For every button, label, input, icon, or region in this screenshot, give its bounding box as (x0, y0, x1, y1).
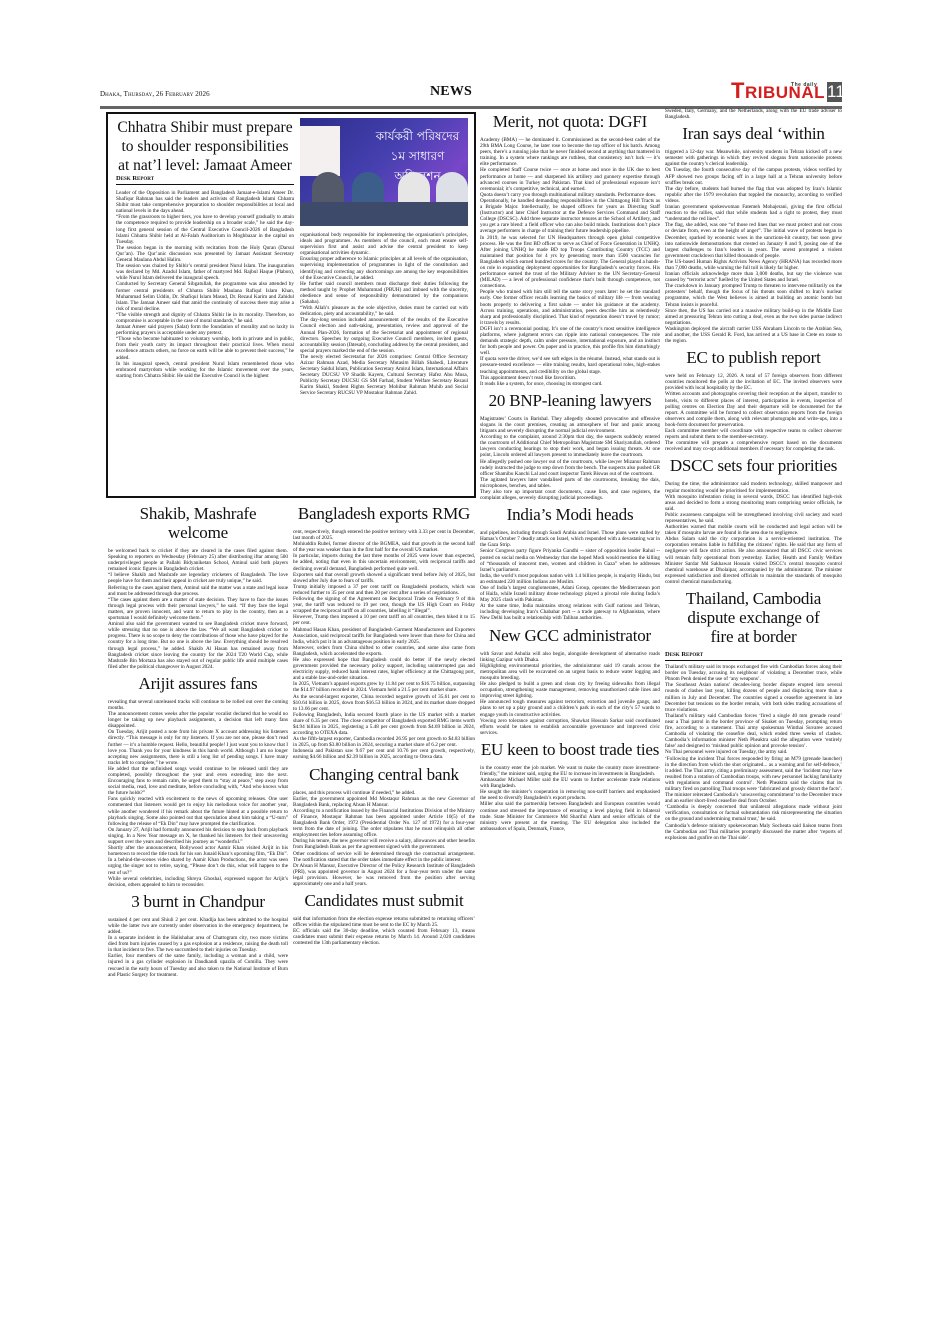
paragraph: Ensuring proper adherence to Islamic pri… (300, 256, 468, 280)
paragraph: He further said council members must dis… (300, 281, 468, 305)
paragraph: Public awareness campaigns will be stren… (665, 512, 842, 524)
thailand-headline: Thailand, Cambodia dispute exchange of f… (665, 589, 842, 646)
paragraph: However, Trump then imposed a 10 per cen… (293, 614, 475, 626)
paragraph: revealing that several unreleased tracks… (108, 699, 288, 711)
paragraph: “With Allah’s pleasure as the sole objec… (300, 305, 468, 317)
paragraph: Fans quickly reacted with excitement to … (108, 796, 288, 826)
paragraph: Dr Ahsan H Mansur, Executive Director of… (293, 863, 475, 887)
paragraph: Cambodia’s defence ministry spokeswoman … (665, 823, 842, 841)
paragraph: organisational body responsible for impl… (300, 232, 468, 256)
paragraph: Mahmud Hasan Khan, president of Banglade… (293, 627, 475, 645)
lead-headline: Chhatra Shibir must prepare to shoulder … (116, 118, 294, 175)
paragraph: As the second-largest exporter, China re… (293, 694, 475, 712)
paragraph: The newly elected Secretariat for 2026 c… (300, 354, 468, 397)
dateline: Dhaka, Thursday, 26 February 2026 (100, 90, 210, 98)
newspaper-logo: The daily TRIBUNAL 11 (731, 78, 842, 102)
paragraph: Leader of the Opposition in Parliament a… (116, 190, 294, 214)
paragraph: He announced tough measures against terr… (480, 699, 660, 717)
paragraph: Highlighting environmental priorities, t… (480, 663, 660, 681)
paragraph: DGFI isn’t a ceremonial posting. It’s on… (480, 326, 660, 356)
lead-photo: কার্যকরী পরিষদের ১ম সাধারণ অধিবেশন (300, 118, 468, 226)
paragraph: The announcement comes weeks after the p… (108, 711, 288, 729)
paragraph: The agitated lawyers later vandalised pa… (480, 477, 660, 489)
paragraph: With mosquito infestation rising in seve… (665, 494, 842, 512)
paragraph: The US-based Human Rights Activists News… (665, 259, 842, 271)
paragraph: Miller also said the partnership between… (480, 801, 660, 831)
paragraph: Senior Congress party figure Priyanka Ga… (480, 548, 660, 572)
paragraph: Exporters said that overall growth showe… (293, 572, 475, 584)
lead-article-box: Chhatra Shibir must prepare to shoulder … (106, 112, 476, 498)
paragraph: As the fifth-largest exporter, Cambodia … (293, 736, 475, 748)
paragraph: Referring to the cases against them, Ami… (108, 585, 288, 597)
paragraph: On Tuesday, the fourth consecutive day o… (665, 167, 842, 185)
paragraph: “From the grassroots to higher tiers, yo… (116, 214, 294, 244)
paragraph: They also tore up important court docume… (480, 489, 660, 501)
paragraph: cent, respectively, though entered the p… (293, 529, 475, 541)
paragraph: Iranian government spokeswoman Fatemeh M… (665, 204, 842, 222)
paragraph: were held on February 12, 2026. A total … (665, 373, 842, 391)
paragraph: The crackdown in January prompted Trump … (665, 283, 842, 307)
paragraph: Jamaat Ameer said prayers (Salat) form t… (116, 324, 294, 336)
paragraph: EC officials said the 30-day deadline, w… (293, 928, 475, 946)
paragraph: One of India’s largest conglomerates, Ad… (480, 585, 660, 603)
paragraph: “I believe Shakib and Mashrafe are legen… (108, 572, 288, 584)
paragraph: and pipelines, including through Saudi A… (480, 530, 660, 548)
paragraph: The day before, students had burned the … (665, 186, 842, 204)
paragraph: Each committee member will coordinate wi… (665, 428, 842, 440)
dgfi-headline: Merit, not quota: DGFI (480, 112, 660, 131)
paragraph: Operationally, he handled demanding resp… (480, 198, 660, 235)
paragraph: sustained 4 per cent and Shiuli 2 per ce… (108, 917, 288, 935)
paragraph: Sweden, Italy, Germany, and the Netherla… (665, 108, 842, 120)
paragraph: It reads like a system, for once, choosi… (480, 381, 660, 387)
paragraph: While several celebrities, including Shr… (108, 876, 288, 888)
paragraph: On Tuesday, Arijit posted a note from hi… (108, 729, 288, 766)
logo-first-letter: T (731, 78, 745, 103)
paragraph: Written accounts and photographs coverin… (665, 391, 842, 428)
paragraph: Shortly after the announcement, Bollywoo… (108, 845, 288, 875)
paragraph: Academy (BMA) — he dominated it. Commiss… (480, 137, 660, 167)
paragraph: Conducted by Secretary General Sibgatull… (116, 281, 294, 311)
paragraph: Magistrates’ Courts in Barishal. They al… (480, 416, 660, 434)
paragraph: He completed Staff Course twice — once a… (480, 167, 660, 191)
paragraph: India, the world’s most populous nation … (480, 573, 660, 585)
paragraph: ‘Cambodia is deeply concerned that unila… (665, 804, 842, 822)
central-bank-headline: Changing central bank (293, 765, 475, 784)
ec-headline: EC to publish report (665, 348, 842, 367)
arijit-headline: Arijit assures fans (108, 674, 288, 693)
bnp-headline: 20 BNP-leaning lawyers (480, 391, 660, 410)
paragraph: “Those who become habituated to voluntar… (116, 336, 294, 360)
gcc-headline: New GCC administrator (480, 626, 660, 645)
column-1-lower: Shakib, Mashrafe welcome be welcomed bac… (108, 500, 288, 978)
paragraph: In 2025, Vietnam’s apparel exports grew … (293, 681, 475, 693)
chandpur-headline: 3 burnt in Chandpur (108, 892, 288, 911)
paragraph: Ambassador Michael Miller said the EU wa… (480, 777, 660, 789)
masthead: Dhaka, Thursday, 26 February 2026 NEWS T… (100, 78, 842, 106)
paragraph: The committee will prepare a comprehensi… (665, 440, 842, 452)
thailand-byline: Desk Report (665, 652, 842, 661)
paragraph: be welcomed back to cricket if they are … (108, 548, 288, 572)
paragraph: Abdus Salam said the city corporation is… (665, 536, 842, 585)
paragraph: The session began in the morning with re… (116, 245, 294, 263)
paragraph: Thailand’s military said Cambodian force… (665, 713, 842, 750)
paragraph: ‘Following the incident Thai forces resp… (665, 756, 842, 805)
paragraph: In particular, imports during the last t… (293, 553, 475, 571)
paragraph: Thailand’s military said its troops exch… (665, 664, 842, 682)
rmg-headline: Bangladesh exports RMG (293, 504, 475, 523)
paragraph: Following the signing of the Agreement o… (293, 596, 475, 614)
paragraph: During the time, the administrator said … (665, 481, 842, 493)
paragraph: According to the complaint, around 2:30p… (480, 434, 660, 458)
newspaper-page: Dhaka, Thursday, 26 February 2026 NEWS T… (100, 0, 842, 1336)
paragraph: During his tenure, the new governor will… (293, 838, 475, 850)
photo-stage-table (300, 202, 468, 226)
paragraph: Moreover, orders from China shifted to o… (293, 645, 475, 657)
paragraph: In 2019, he was selected for UN Headquar… (480, 235, 660, 290)
paragraph: At the same time, India maintains strong… (480, 603, 660, 621)
candidates-headline: Candidates must submit (293, 891, 475, 910)
paragraph: Earlier, the government appointed Md Mos… (293, 796, 475, 808)
paragraph: In his inaugural speech, central preside… (116, 361, 294, 379)
paragraph: Indonesia and Pakistan saw 9.67 per cent… (293, 748, 475, 760)
paragraph: Following Bangladesh, India secured four… (293, 712, 475, 736)
paragraph: Authorities warned that mobile courts wi… (665, 524, 842, 536)
shakib-headline: Shakib, Mashrafe welcome (108, 504, 288, 542)
paragraph: The session was chaired by Shibir’s cent… (116, 263, 294, 281)
paragraph: Earlier, four members of the same family… (108, 953, 288, 977)
paragraph: with Savar and Ashulia will also begin, … (480, 651, 660, 663)
iran-headline: Iran says deal ‘within (665, 124, 842, 143)
paragraph: The Southeast Asian nations’ decades-lon… (665, 682, 842, 712)
paragraph: On January 27, Arijit had formally annou… (108, 827, 288, 845)
paragraph: said that information from the election … (293, 916, 475, 928)
paragraph: Washington deployed the aircraft carrier… (665, 326, 842, 344)
logo-wordmark: The daily TRIBUNAL (731, 82, 825, 102)
paragraph: The flag, she added, was one “of those r… (665, 222, 842, 259)
paragraph: In a separate incident in the Halishahar… (108, 935, 288, 953)
paragraph: Since then, the US has carried out a mas… (665, 308, 842, 326)
paragraph: People who trained with him still tell t… (480, 289, 660, 326)
lead-body-col2: organisational body responsible for impl… (300, 232, 468, 397)
column-2-lower: Bangladesh exports RMG cent, respectivel… (293, 500, 475, 947)
eu-headline: EU keen to boost trade ties (480, 740, 660, 759)
paragraph: “The cases against them are a matter of … (108, 597, 288, 621)
paragraph: Iranian officials acknowledge more than … (665, 271, 842, 283)
page-number: 11 (827, 82, 842, 102)
paragraph: Aminul also said the government wanted t… (108, 621, 288, 670)
paragraph: If quota were the driver, we’d see soft … (480, 356, 660, 374)
paragraph: He allegedly pushed one lawyer out of th… (480, 459, 660, 477)
modi-headline: India’s Modi heads (480, 505, 660, 524)
paragraph: Trump initially imposed a 37 per cent ta… (293, 584, 475, 596)
lead-byline: Desk Report (116, 175, 294, 185)
paragraph: He sought the minister’s cooperation in … (480, 789, 660, 801)
paragraph: Mohiuddin Rubel, former director of the … (293, 541, 475, 553)
section-title: NEWS (430, 84, 472, 100)
lead-body-col1: Leader of the Opposition in Parliament a… (116, 190, 294, 379)
paragraph: “The visible strength and dignity of Chh… (116, 312, 294, 324)
paragraph: He also expressed hope that Bangladesh c… (293, 657, 475, 681)
paragraph: According to a notification issued by th… (293, 808, 475, 838)
paragraph: He added that the unfinished songs would… (108, 766, 288, 796)
dscc-headline: DSCC sets four priorities (665, 456, 842, 475)
paragraph: The day-long session included announceme… (300, 317, 468, 354)
column-4: Sweden, Italy, Germany, and the Netherla… (665, 108, 842, 841)
paragraph: Vowing zero tolerance against corruption… (480, 718, 660, 736)
paragraph: Other conditions of service will be dete… (293, 851, 475, 863)
paragraph: He also pledged to build a green and cle… (480, 681, 660, 699)
paragraph: in the country enter the job market. We … (480, 765, 660, 777)
paragraph: triggered a 12-day war. Meanwhile, unive… (665, 149, 842, 167)
photo-quote-banner (300, 126, 340, 176)
column-3: Merit, not quota: DGFI Academy (BMA) — h… (480, 108, 660, 832)
logo-tagline: The daily (791, 76, 817, 94)
